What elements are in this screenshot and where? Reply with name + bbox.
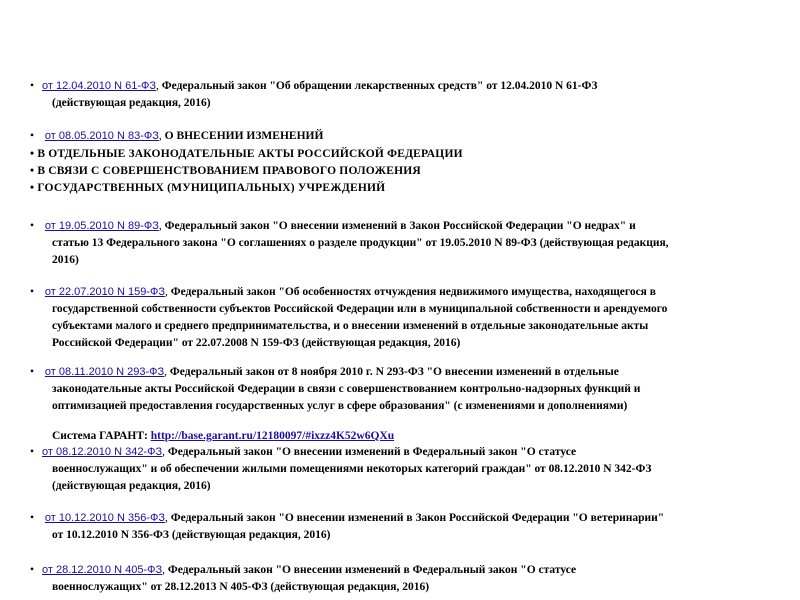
bullet: •	[30, 165, 34, 177]
bullet: •	[30, 128, 42, 145]
bullet: •	[30, 148, 34, 160]
bullet: •	[30, 284, 42, 301]
garant-label: Система ГАРАНТ:	[52, 430, 148, 442]
law-list-item: •от 12.04.2010 N 61-ФЗ, Федеральный зако…	[30, 78, 745, 112]
bullet: •	[30, 510, 42, 527]
bullet: •	[30, 444, 42, 461]
bullet: •	[30, 562, 42, 579]
law-description: Федеральный закон от 8 ноября 2010 г. N …	[170, 366, 619, 378]
bullet: •	[30, 364, 42, 381]
caps-list-item: • В СВЯЗИ С СОВЕРШЕНСТВОВАНИЕМ ПРАВОВОГО…	[30, 163, 421, 180]
law-description: О ВНЕСЕНИИ ИЗМЕНЕНИЙ	[165, 130, 324, 142]
law-description: Федеральный закон "О внесении изменений …	[168, 564, 576, 576]
law-link[interactable]: от 08.05.2010 N 83-ФЗ	[45, 130, 159, 142]
law-list-item: • от 08.05.2010 N 83-ФЗ, О ВНЕСЕНИИ ИЗМЕ…	[30, 128, 745, 145]
bullet: •	[30, 218, 42, 235]
law-description: Федеральный закон "О внесении изменений …	[165, 220, 636, 232]
law-link[interactable]: от 22.07.2010 N 159-ФЗ	[45, 286, 165, 298]
law-link[interactable]: от 28.12.2010 N 405-ФЗ	[42, 564, 162, 576]
bullet: •	[30, 182, 34, 194]
garant-link[interactable]: http://base.garant.ru/12180097/#ixzz4K52…	[151, 430, 394, 442]
law-description-cont: (действующая редакция, 2016)	[30, 95, 745, 112]
law-list-item: • от 22.07.2010 N 159-ФЗ, Федеральный за…	[30, 284, 745, 352]
law-description: Федеральный закон "О внесении изменений …	[168, 446, 576, 458]
law-link[interactable]: от 08.12.2010 N 342-ФЗ	[42, 446, 162, 458]
law-description: Федеральный закон "Об обращении лекарств…	[162, 80, 598, 92]
bullet: •	[30, 78, 42, 95]
law-list-item: • от 10.12.2010 N 356-ФЗ, Федеральный за…	[30, 510, 745, 544]
law-description: Федеральный закон "О внесении изменений …	[171, 512, 664, 524]
law-description: Федеральный закон "Об особенностях отчуж…	[171, 286, 656, 298]
caps-list-item: • ГОСУДАРСТВЕННЫХ (МУНИЦИПАЛЬНЫХ) УЧРЕЖД…	[30, 180, 385, 197]
document-page: •от 12.04.2010 N 61-ФЗ, Федеральный зако…	[0, 0, 800, 600]
law-link[interactable]: от 08.11.2010 N 293-ФЗ	[45, 366, 164, 378]
law-link[interactable]: от 12.04.2010 N 61-ФЗ	[42, 80, 156, 92]
law-list-item: •от 08.12.2010 N 342-ФЗ, Федеральный зак…	[30, 444, 745, 495]
law-link[interactable]: от 19.05.2010 N 89-ФЗ	[45, 220, 159, 232]
garant-source: Система ГАРАНТ: http://base.garant.ru/12…	[52, 428, 394, 445]
law-list-item: •от 28.12.2010 N 405-ФЗ, Федеральный зак…	[30, 562, 745, 596]
law-list-item: • от 19.05.2010 N 89-ФЗ, Федеральный зак…	[30, 218, 745, 269]
caps-list-item: • В ОТДЕЛЬНЫЕ ЗАКОНОДАТЕЛЬНЫЕ АКТЫ РОССИ…	[30, 146, 463, 163]
law-link[interactable]: от 10.12.2010 N 356-ФЗ	[45, 512, 165, 524]
law-list-item: • от 08.11.2010 N 293-ФЗ, Федеральный за…	[30, 364, 745, 415]
